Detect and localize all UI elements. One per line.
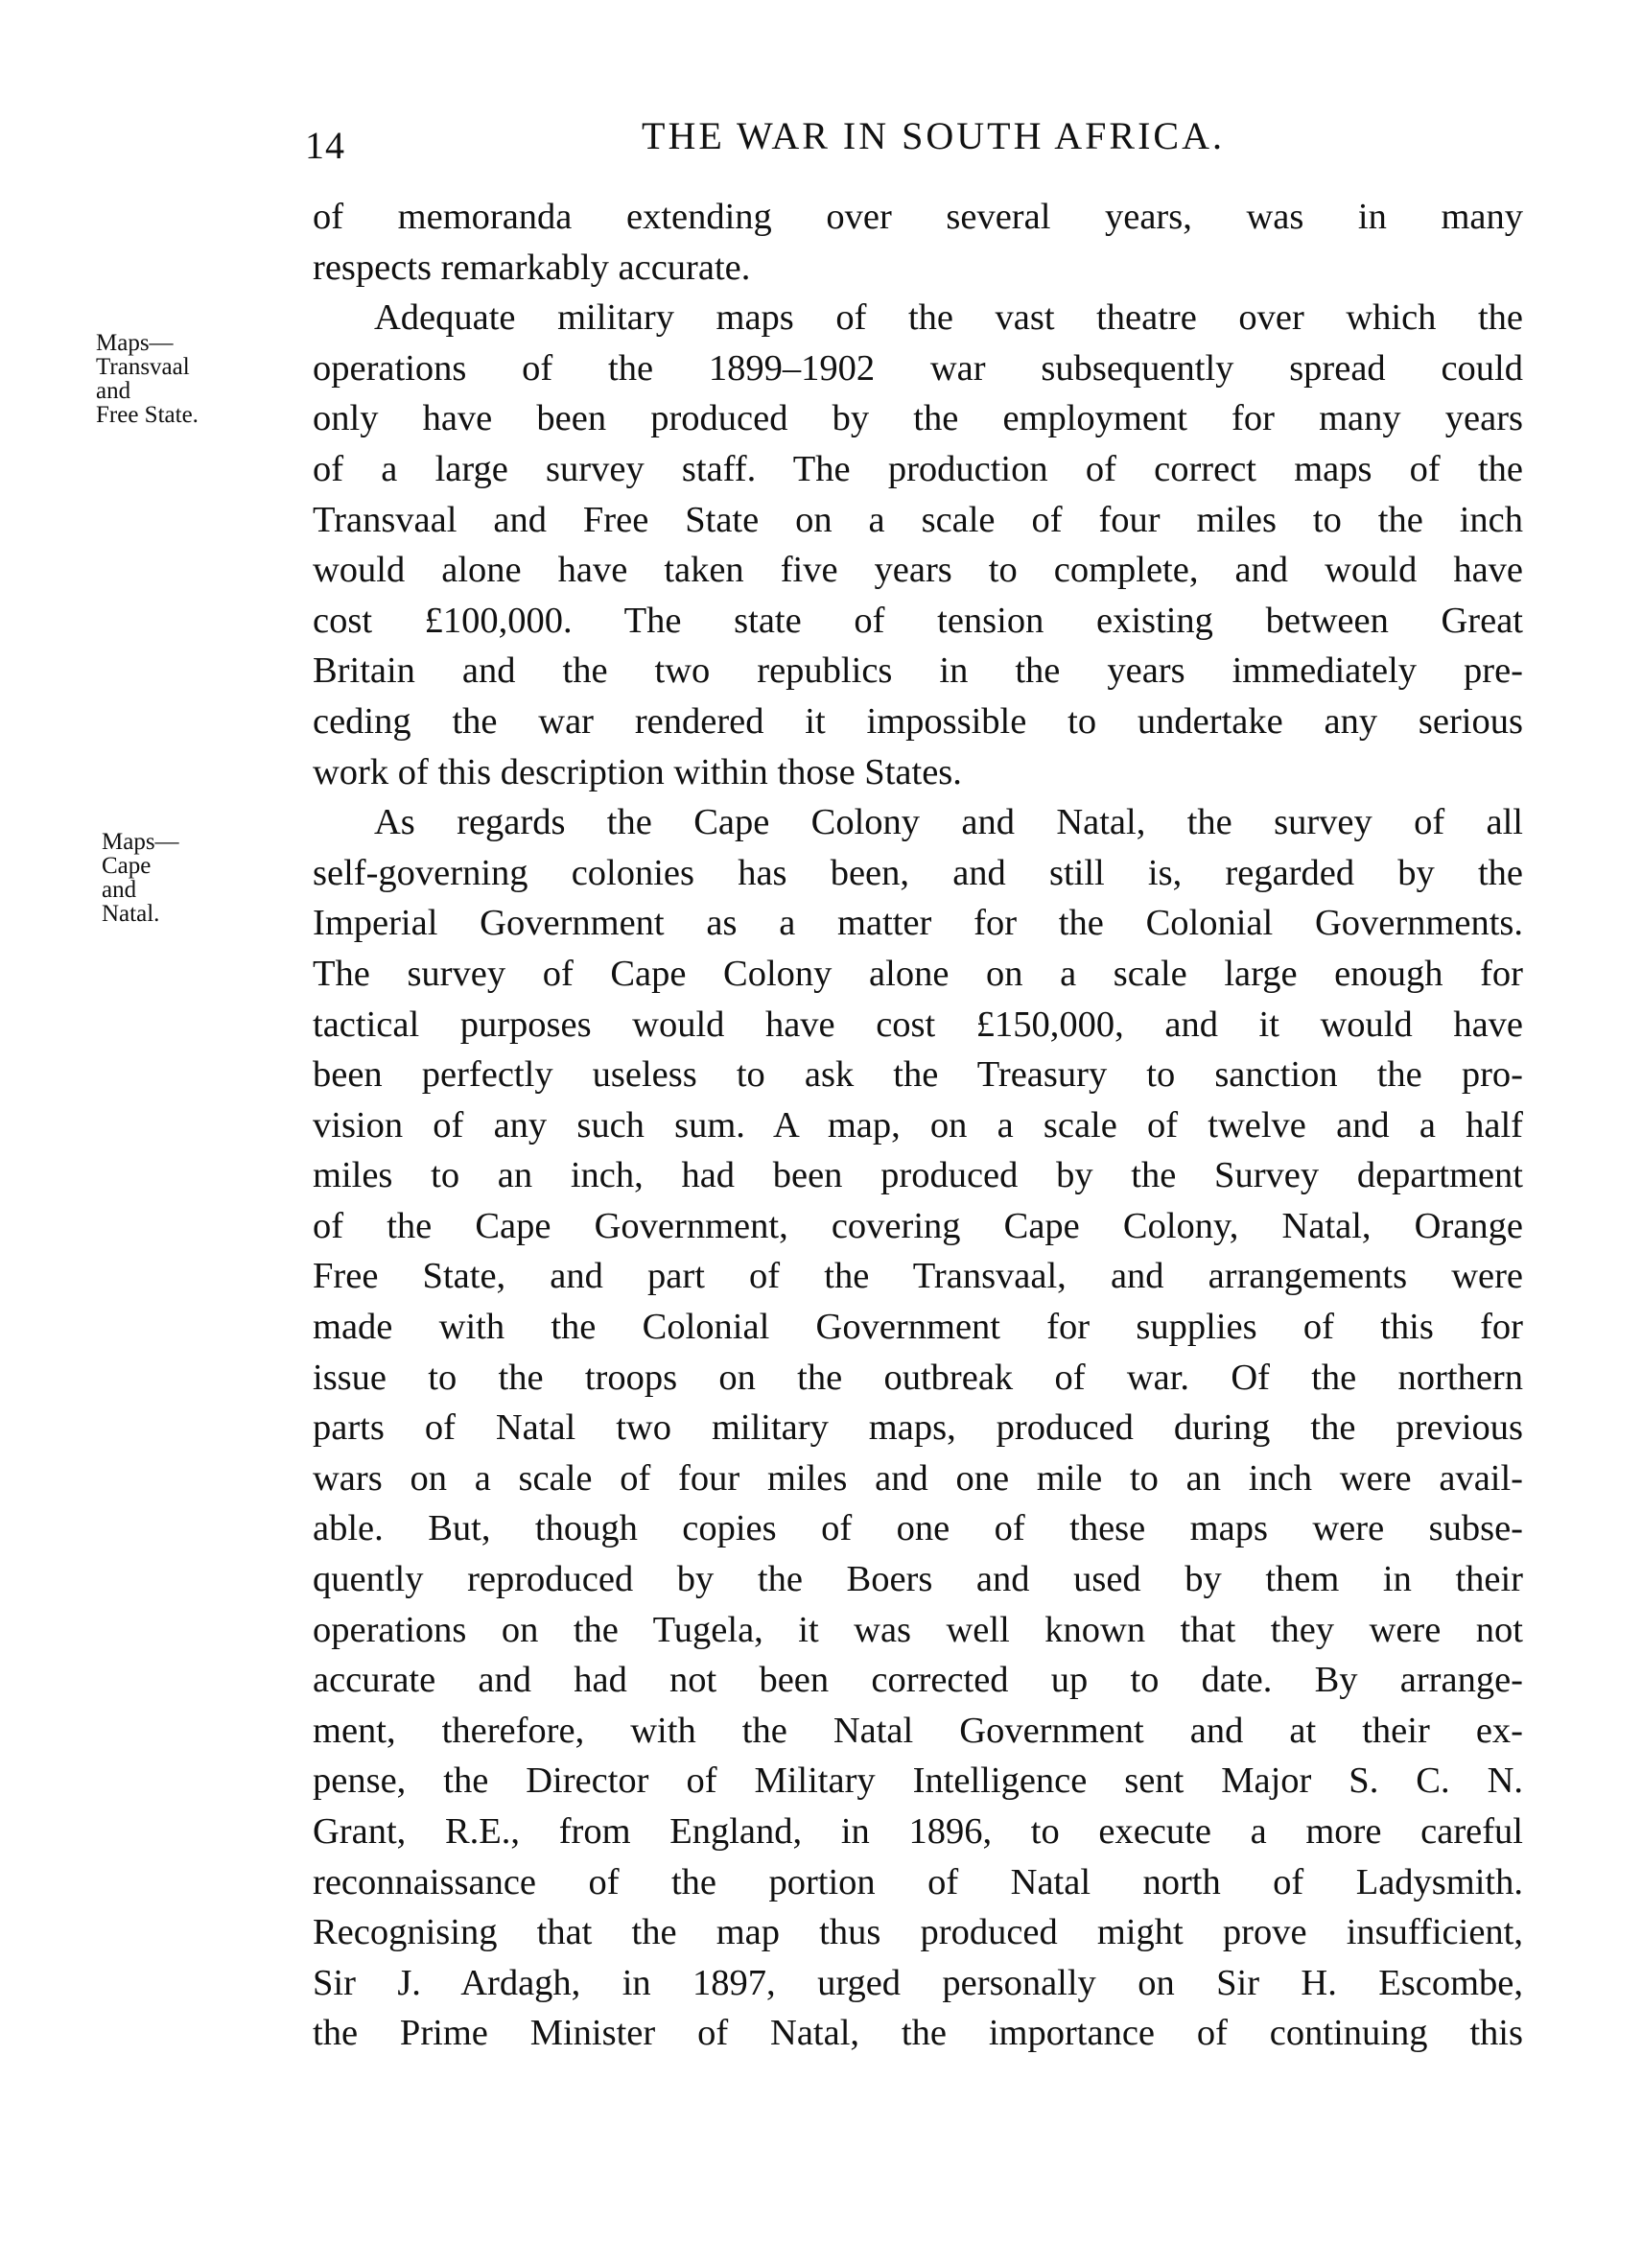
text-line: self-governing colonies has been, and st… bbox=[313, 848, 1523, 899]
margin-note-line: Transvaal bbox=[96, 355, 199, 379]
text-line: wars on a scale of four miles and one mi… bbox=[313, 1453, 1523, 1504]
text-line: work of this description within those St… bbox=[313, 747, 1523, 798]
text-line: of a large survey staff. The production … bbox=[313, 444, 1523, 495]
text-line: Free State, and part of the Transvaal, a… bbox=[313, 1251, 1523, 1302]
margin-note-line: and bbox=[102, 878, 179, 902]
margin-note-line: and bbox=[96, 379, 199, 403]
text-line: of memoranda extending over several year… bbox=[313, 192, 1523, 243]
text-line: The survey of Cape Colony alone on a sca… bbox=[313, 949, 1523, 1000]
text-line: would alone have taken five years to com… bbox=[313, 545, 1523, 596]
text-line: issue to the troops on the outbreak of w… bbox=[313, 1353, 1523, 1404]
text-line: operations on the Tugela, it was well kn… bbox=[313, 1605, 1523, 1656]
text-line: Grant, R.E., from England, in 1896, to e… bbox=[313, 1807, 1523, 1857]
text-line: respects remarkably accurate. bbox=[313, 243, 1523, 294]
margin-note-transvaal-free-state: Maps— Transvaal and Free State. bbox=[96, 331, 199, 427]
text-line: of the Cape Government, covering Cape Co… bbox=[313, 1201, 1523, 1252]
text-line: Britain and the two republics in the yea… bbox=[313, 646, 1523, 697]
margin-note-line: Maps— bbox=[96, 331, 199, 355]
text-line: Imperial Government as a matter for the … bbox=[313, 898, 1523, 949]
margin-note-cape-natal: Maps— Cape and Natal. bbox=[102, 830, 179, 926]
text-line: quently reproduced by the Boers and used… bbox=[313, 1554, 1523, 1605]
text-line: parts of Natal two military maps, produc… bbox=[313, 1403, 1523, 1453]
text-line: able. But, though copies of one of these… bbox=[313, 1503, 1523, 1554]
text-line: vision of any such sum. A map, on a scal… bbox=[313, 1100, 1523, 1151]
margin-note-line: Free State. bbox=[96, 403, 199, 427]
text-line: Transvaal and Free State on a scale of f… bbox=[313, 495, 1523, 546]
text-line: miles to an inch, had been produced by t… bbox=[313, 1150, 1523, 1201]
text-line: made with the Colonial Government for su… bbox=[313, 1302, 1523, 1353]
text-line: accurate and had not been corrected up t… bbox=[313, 1655, 1523, 1706]
margin-note-line: Maps— bbox=[102, 830, 179, 854]
margin-note-line: Cape bbox=[102, 854, 179, 878]
body-text: of memoranda extending over several year… bbox=[313, 192, 1523, 2059]
text-line: Sir J. Ardagh, in 1897, urged personally… bbox=[313, 1958, 1523, 2009]
text-line: only have been produced by the employmen… bbox=[313, 393, 1523, 444]
text-line: pense, the Director of Military Intellig… bbox=[313, 1756, 1523, 1807]
paragraph-start-line: Adequate military maps of the vast theat… bbox=[313, 293, 1523, 343]
page-header: 14 THE WAR IN SOUTH AFRICA. bbox=[305, 113, 1523, 171]
text-line: ment, therefore, with the Natal Governme… bbox=[313, 1706, 1523, 1757]
text-line: the Prime Minister of Natal, the importa… bbox=[313, 2008, 1523, 2059]
text-line: Recognising that the map thus produced m… bbox=[313, 1907, 1523, 1958]
paragraph-start-line: As regards the Cape Colony and Natal, th… bbox=[313, 797, 1523, 848]
text-line: cost £100,000. The state of tension exis… bbox=[313, 596, 1523, 647]
running-title: THE WAR IN SOUTH AFRICA. bbox=[305, 113, 1523, 158]
text-line: been perfectly useless to ask the Treasu… bbox=[313, 1050, 1523, 1100]
margin-note-line: Natal. bbox=[102, 902, 179, 926]
text-line: operations of the 1899–1902 war subseque… bbox=[313, 343, 1523, 394]
text-line: tactical purposes would have cost £150,0… bbox=[313, 1000, 1523, 1051]
text-line: reconnaissance of the portion of Natal n… bbox=[313, 1857, 1523, 1908]
text-line: ceding the war rendered it impossible to… bbox=[313, 697, 1523, 747]
